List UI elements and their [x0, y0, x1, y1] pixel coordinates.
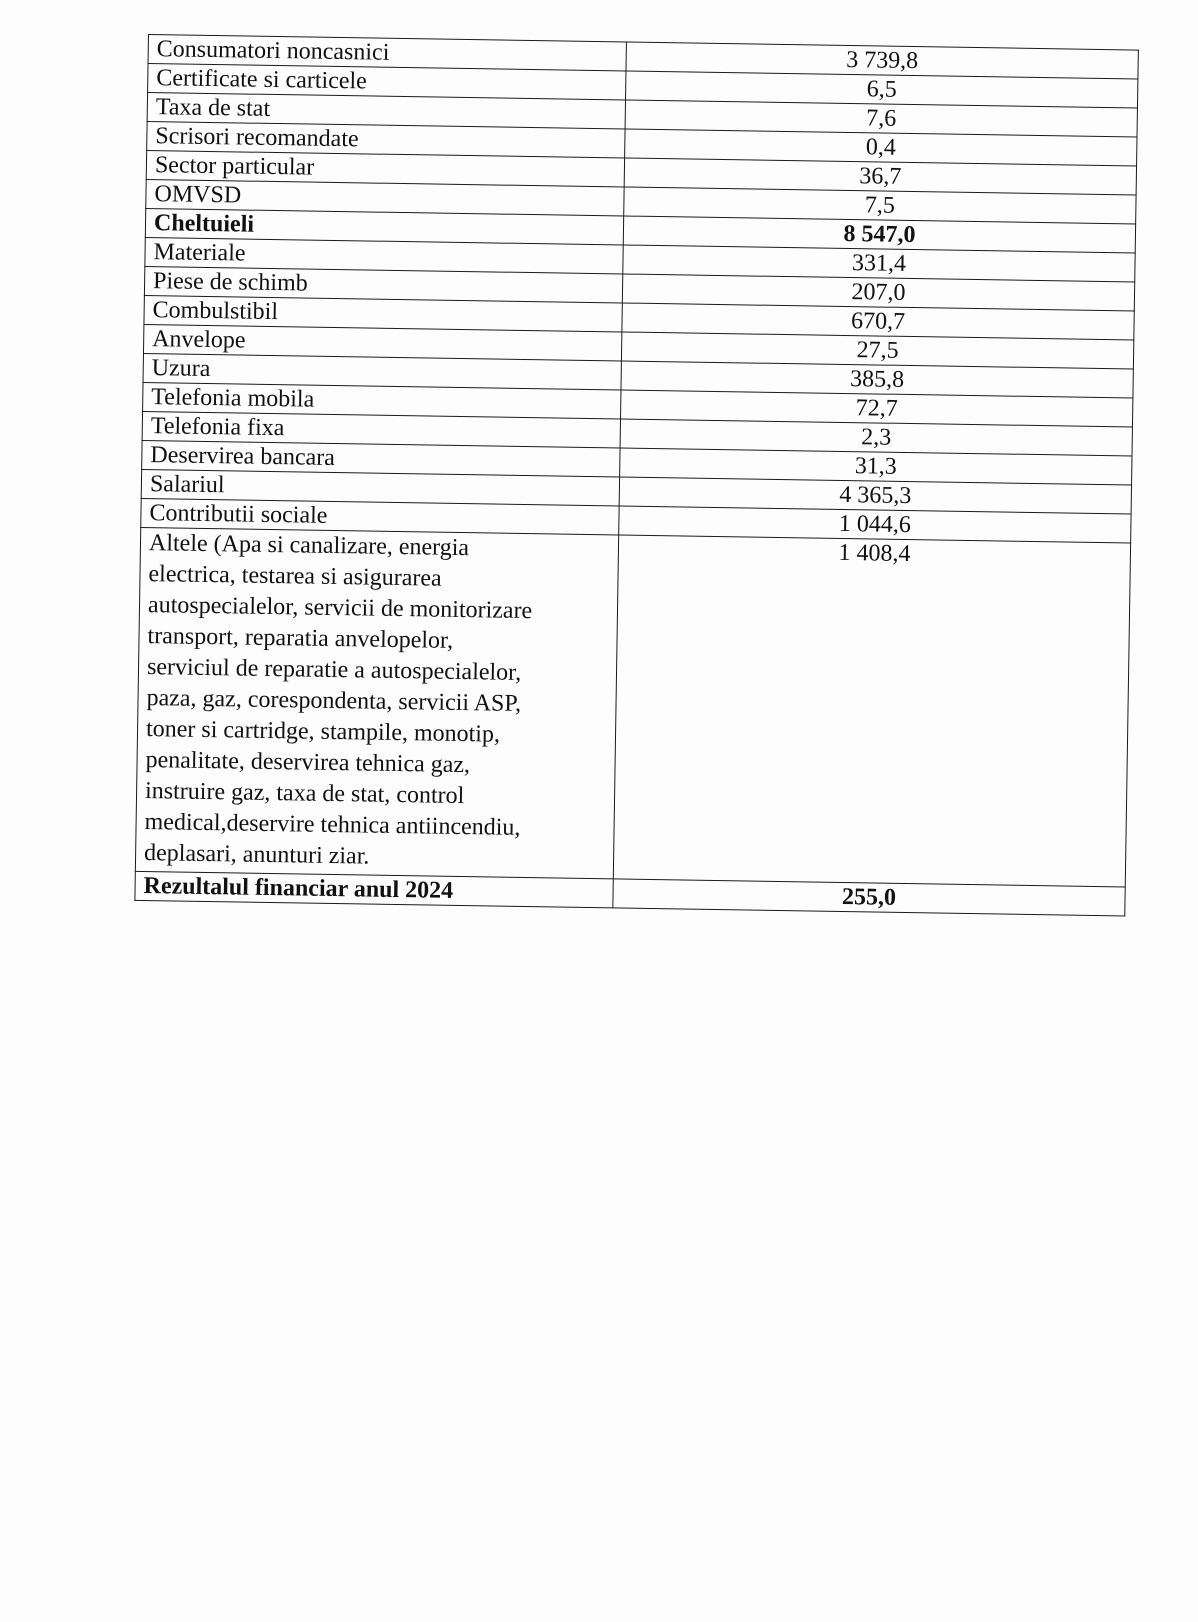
document-page: Consumatori noncasnici3 739,8Certificate…: [0, 0, 1198, 1622]
financial-result-label: Rezultalul financiar anul 2024: [135, 871, 613, 908]
other-expenses-value: 1 408,4: [613, 535, 1130, 887]
table-row-other-expenses: Altele (Apa si canalizare, energiaelectr…: [135, 527, 1130, 887]
other-expenses-line: deplasari, anunturi ziar.: [144, 838, 613, 876]
financial-table-container: Consumatori noncasnici3 739,8Certificate…: [134, 34, 1137, 916]
other-expenses-label: Altele (Apa si canalizare, energiaelectr…: [135, 527, 618, 878]
other-expenses-lines: Altele (Apa si canalizare, energiaelectr…: [144, 528, 618, 876]
financial-results-table: Consumatori noncasnici3 739,8Certificate…: [134, 34, 1138, 916]
table-body: Consumatori noncasnici3 739,8Certificate…: [135, 35, 1138, 916]
